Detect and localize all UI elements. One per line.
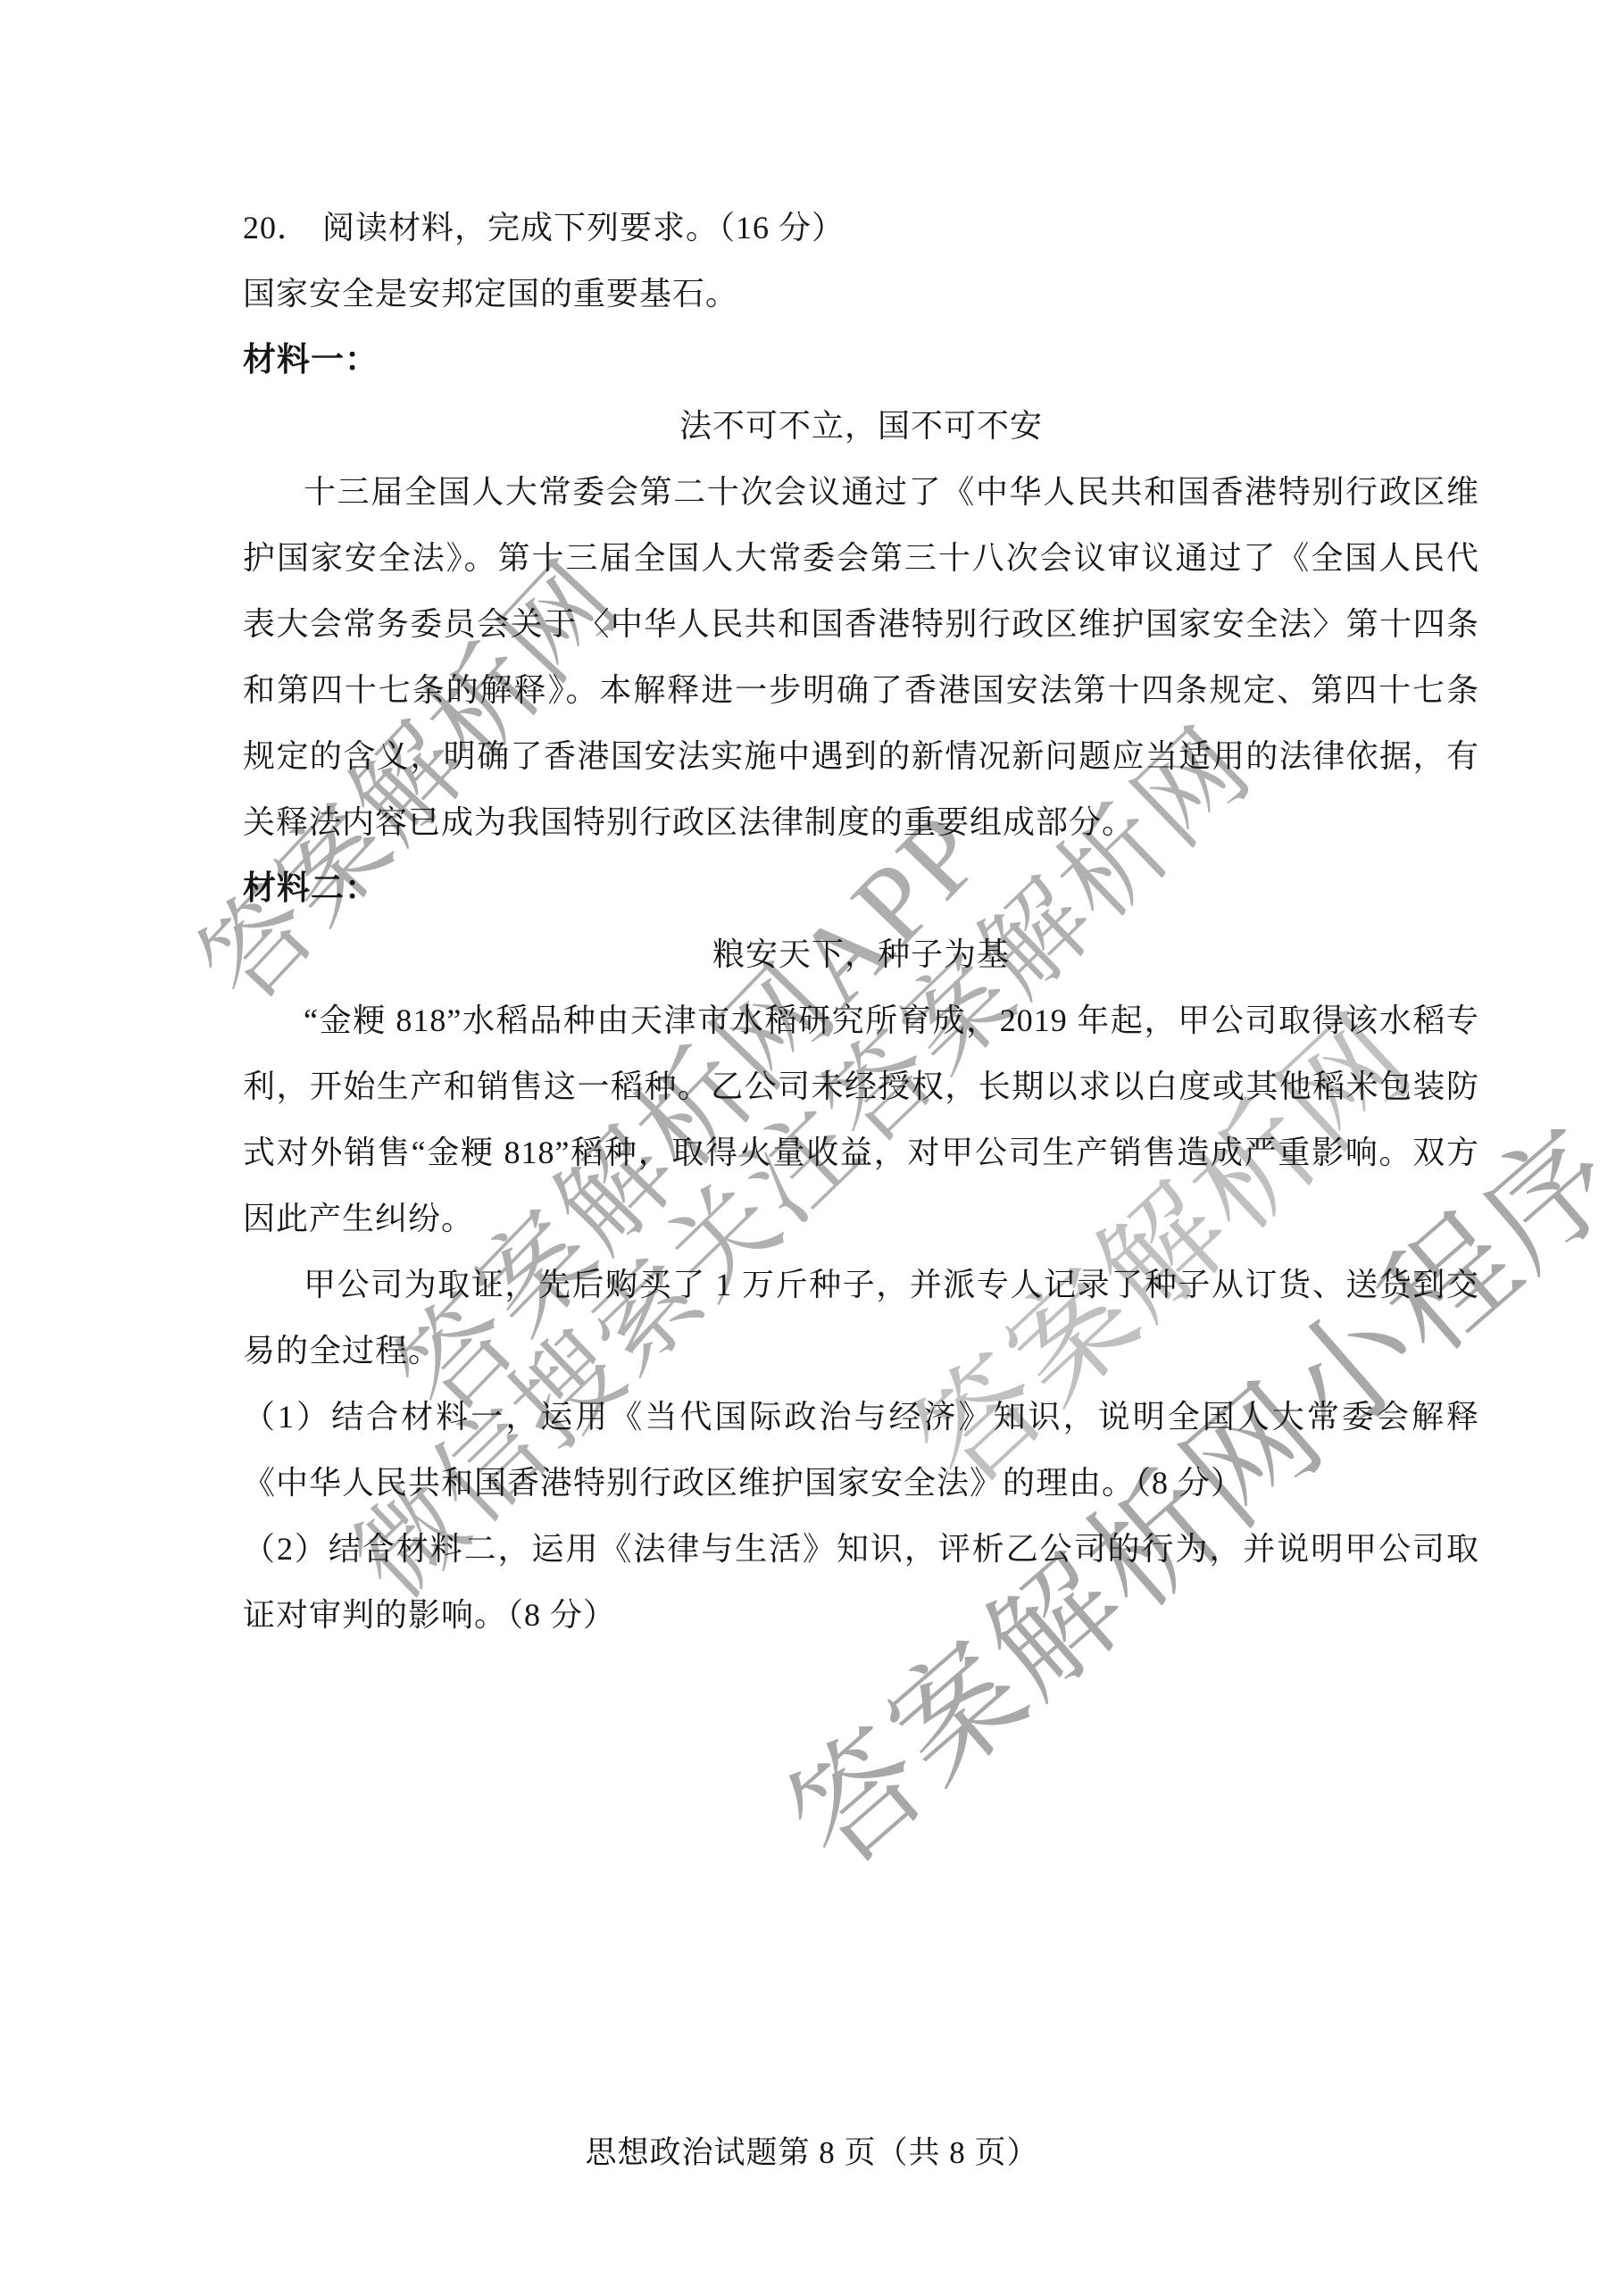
exam-content: 20．阅读材料，完成下列要求。（16 分） 国家安全是安邦定国的重要基石。 材料… (243, 0, 1479, 1648)
material-2-label: 材料二： (243, 855, 1479, 921)
material-2-paragraph-2: 甲公司为取证，先后购买了 1 万斤种子，并派专人记录了种子从订货、送货到交易的全… (243, 1252, 1479, 1384)
material-1-label: 材料一： (243, 327, 1479, 393)
material-1-paragraph: 十三届全国人大常委会第二十次会议通过了《中华人民共和国香港特别行政区维护国家安全… (243, 459, 1479, 855)
subquestion-1: （1）结合材料一，运用《当代国际政治与经济》知识，说明全国人大常委会解释《中华人… (243, 1384, 1479, 1516)
material-2-paragraph-1: “金粳 818”水稻品种由天津市水稻研究所育成，2019 年起，甲公司取得该水稻… (243, 987, 1479, 1252)
material-1-title: 法不可不立，国不可不安 (243, 393, 1479, 459)
question-prompt: 阅读材料，完成下列要求。（16 分） (322, 210, 845, 245)
page-footer: 思想政治试题第 8 页（共 8 页） (0, 2128, 1624, 2173)
exam-paper-page: 答案解析网 答案解析网APP 微信搜索关注答案解析网 答案解析网 答案解析网小程… (0, 0, 1624, 2296)
subquestion-2: （2）结合材料二，运用《法律与生活》知识，评析乙公司的行为，并说明甲公司取证对审… (243, 1516, 1479, 1648)
question-20-header: 20．阅读材料，完成下列要求。（16 分） (243, 195, 1479, 261)
material-2-title: 粮安天下，种子为基 (243, 921, 1479, 987)
question-number: 20． (243, 210, 310, 245)
question-lead-sentence: 国家安全是安邦定国的重要基石。 (243, 261, 1479, 327)
